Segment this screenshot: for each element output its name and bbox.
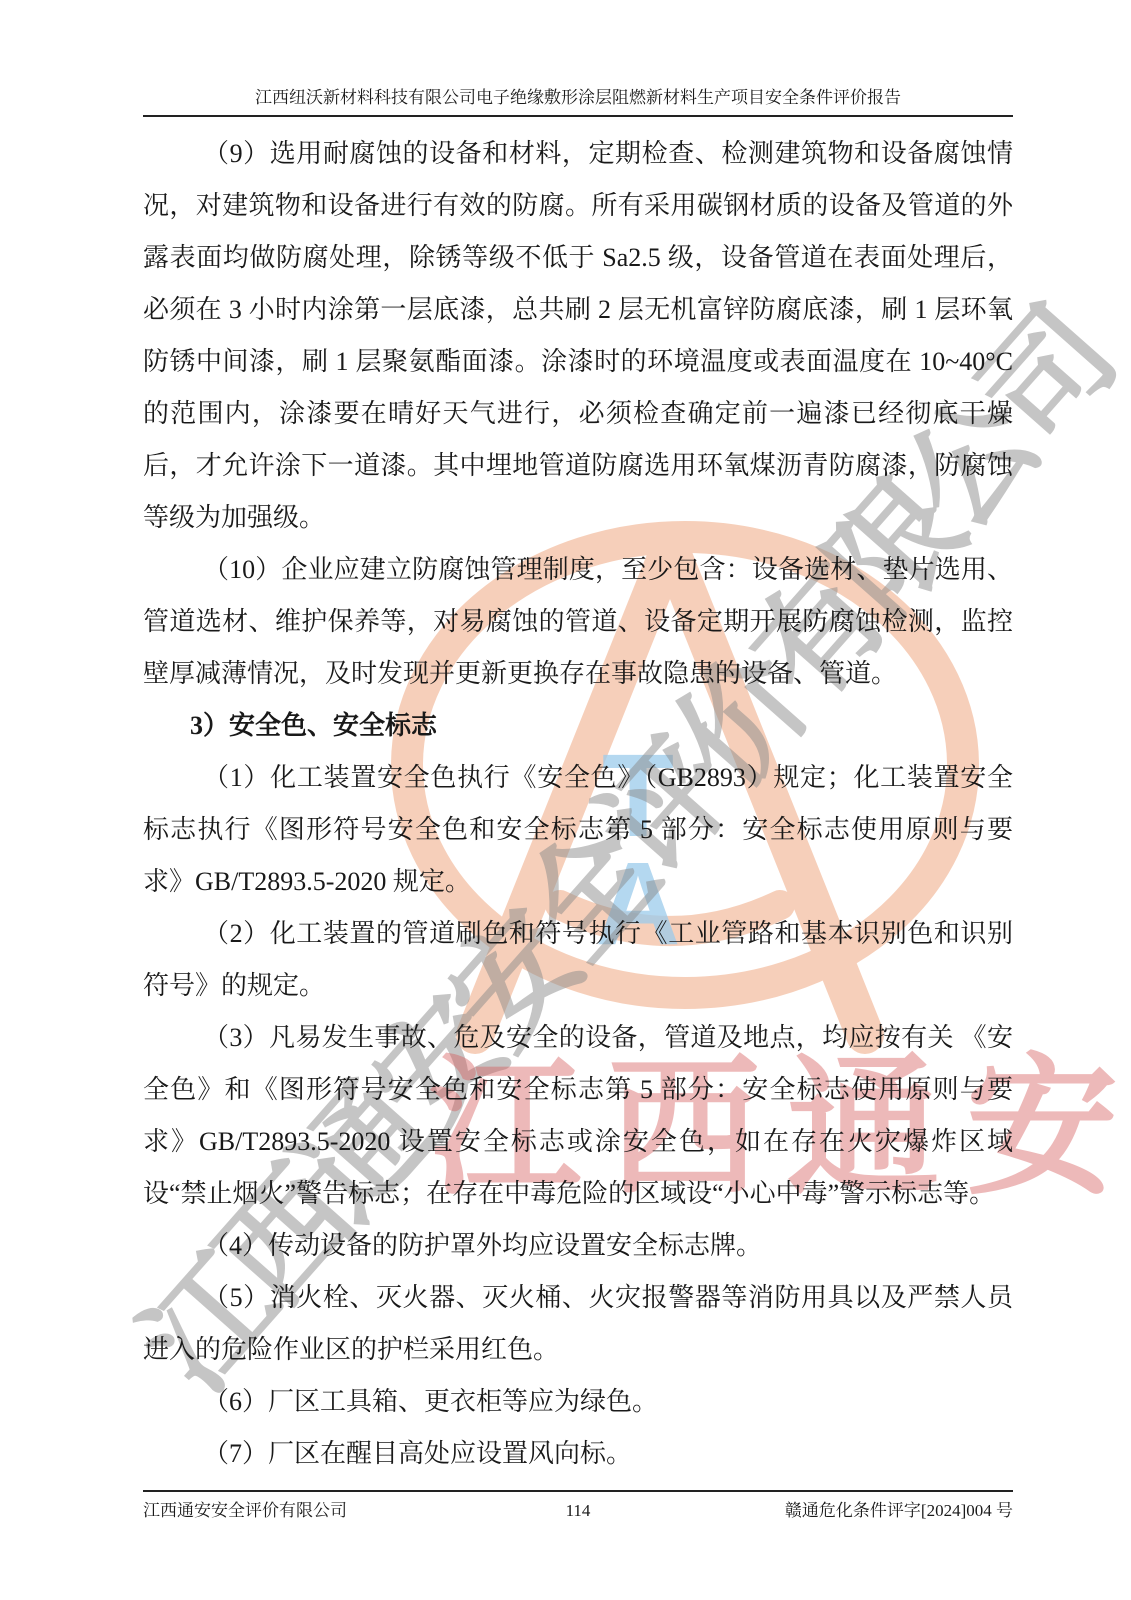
paragraph-1: （1）化工装置安全色执行《安全色》（GB2893）规定；化工装置安全标志执行《图… [143,752,1013,908]
section-heading-safety-color: 3）安全色、安全标志 [143,700,1013,752]
document-body: （9）选用耐腐蚀的设备和材料，定期检查、检测建筑物和设备腐蚀情况，对建筑物和设备… [143,128,1013,1480]
paragraph-5: （5）消火栓、灭火器、灭火桶、火灾报警器等消防用具以及严禁人员进入的危险作业区的… [143,1272,1013,1376]
paragraph-4: （4）传动设备的防护罩外均应设置安全标志牌。 [143,1220,1013,1272]
paragraph-6: （6）厂区工具箱、更衣柜等应为绿色。 [143,1376,1013,1428]
paragraph-10: （10）企业应建立防腐蚀管理制度，至少包含：设备选材、垫片选用、管道选材、维护保… [143,544,1013,700]
paragraph-3: （3）凡易发生事故、危及安全的设备，管道及地点，均应按有关 《安全色》和《图形符… [143,1012,1013,1220]
page-number: 114 [566,1500,591,1522]
paragraph-2: （2）化工装置的管道刷色和符号执行《工业管路和基本识别色和识别符号》的规定。 [143,908,1013,1012]
paragraph-7: （7）厂区在醒目高处应设置风向标。 [143,1428,1013,1480]
paragraph-9: （9）选用耐腐蚀的设备和材料，定期检查、检测建筑物和设备腐蚀情况，对建筑物和设备… [143,128,1013,544]
report-title: 江西纽沃新材料科技有限公司电子绝缘敷形涂层阻燃新材料生产项目安全条件评价报告 [255,88,901,107]
report-page: T A 江西通安安全评价有限公司 江西通安 江西纽沃新材料科技有限公司电子绝缘敷… [0,0,1131,1600]
footer-company: 江西通安安全评价有限公司 [143,1500,347,1522]
page-footer: 江西通安安全评价有限公司 114 赣通危化条件评字[2024]004 号 [143,1490,1013,1522]
footer-doc-number: 赣通危化条件评字[2024]004 号 [785,1500,1013,1522]
page-header: 江西纽沃新材料科技有限公司电子绝缘敷形涂层阻燃新材料生产项目安全条件评价报告 [143,88,1013,117]
